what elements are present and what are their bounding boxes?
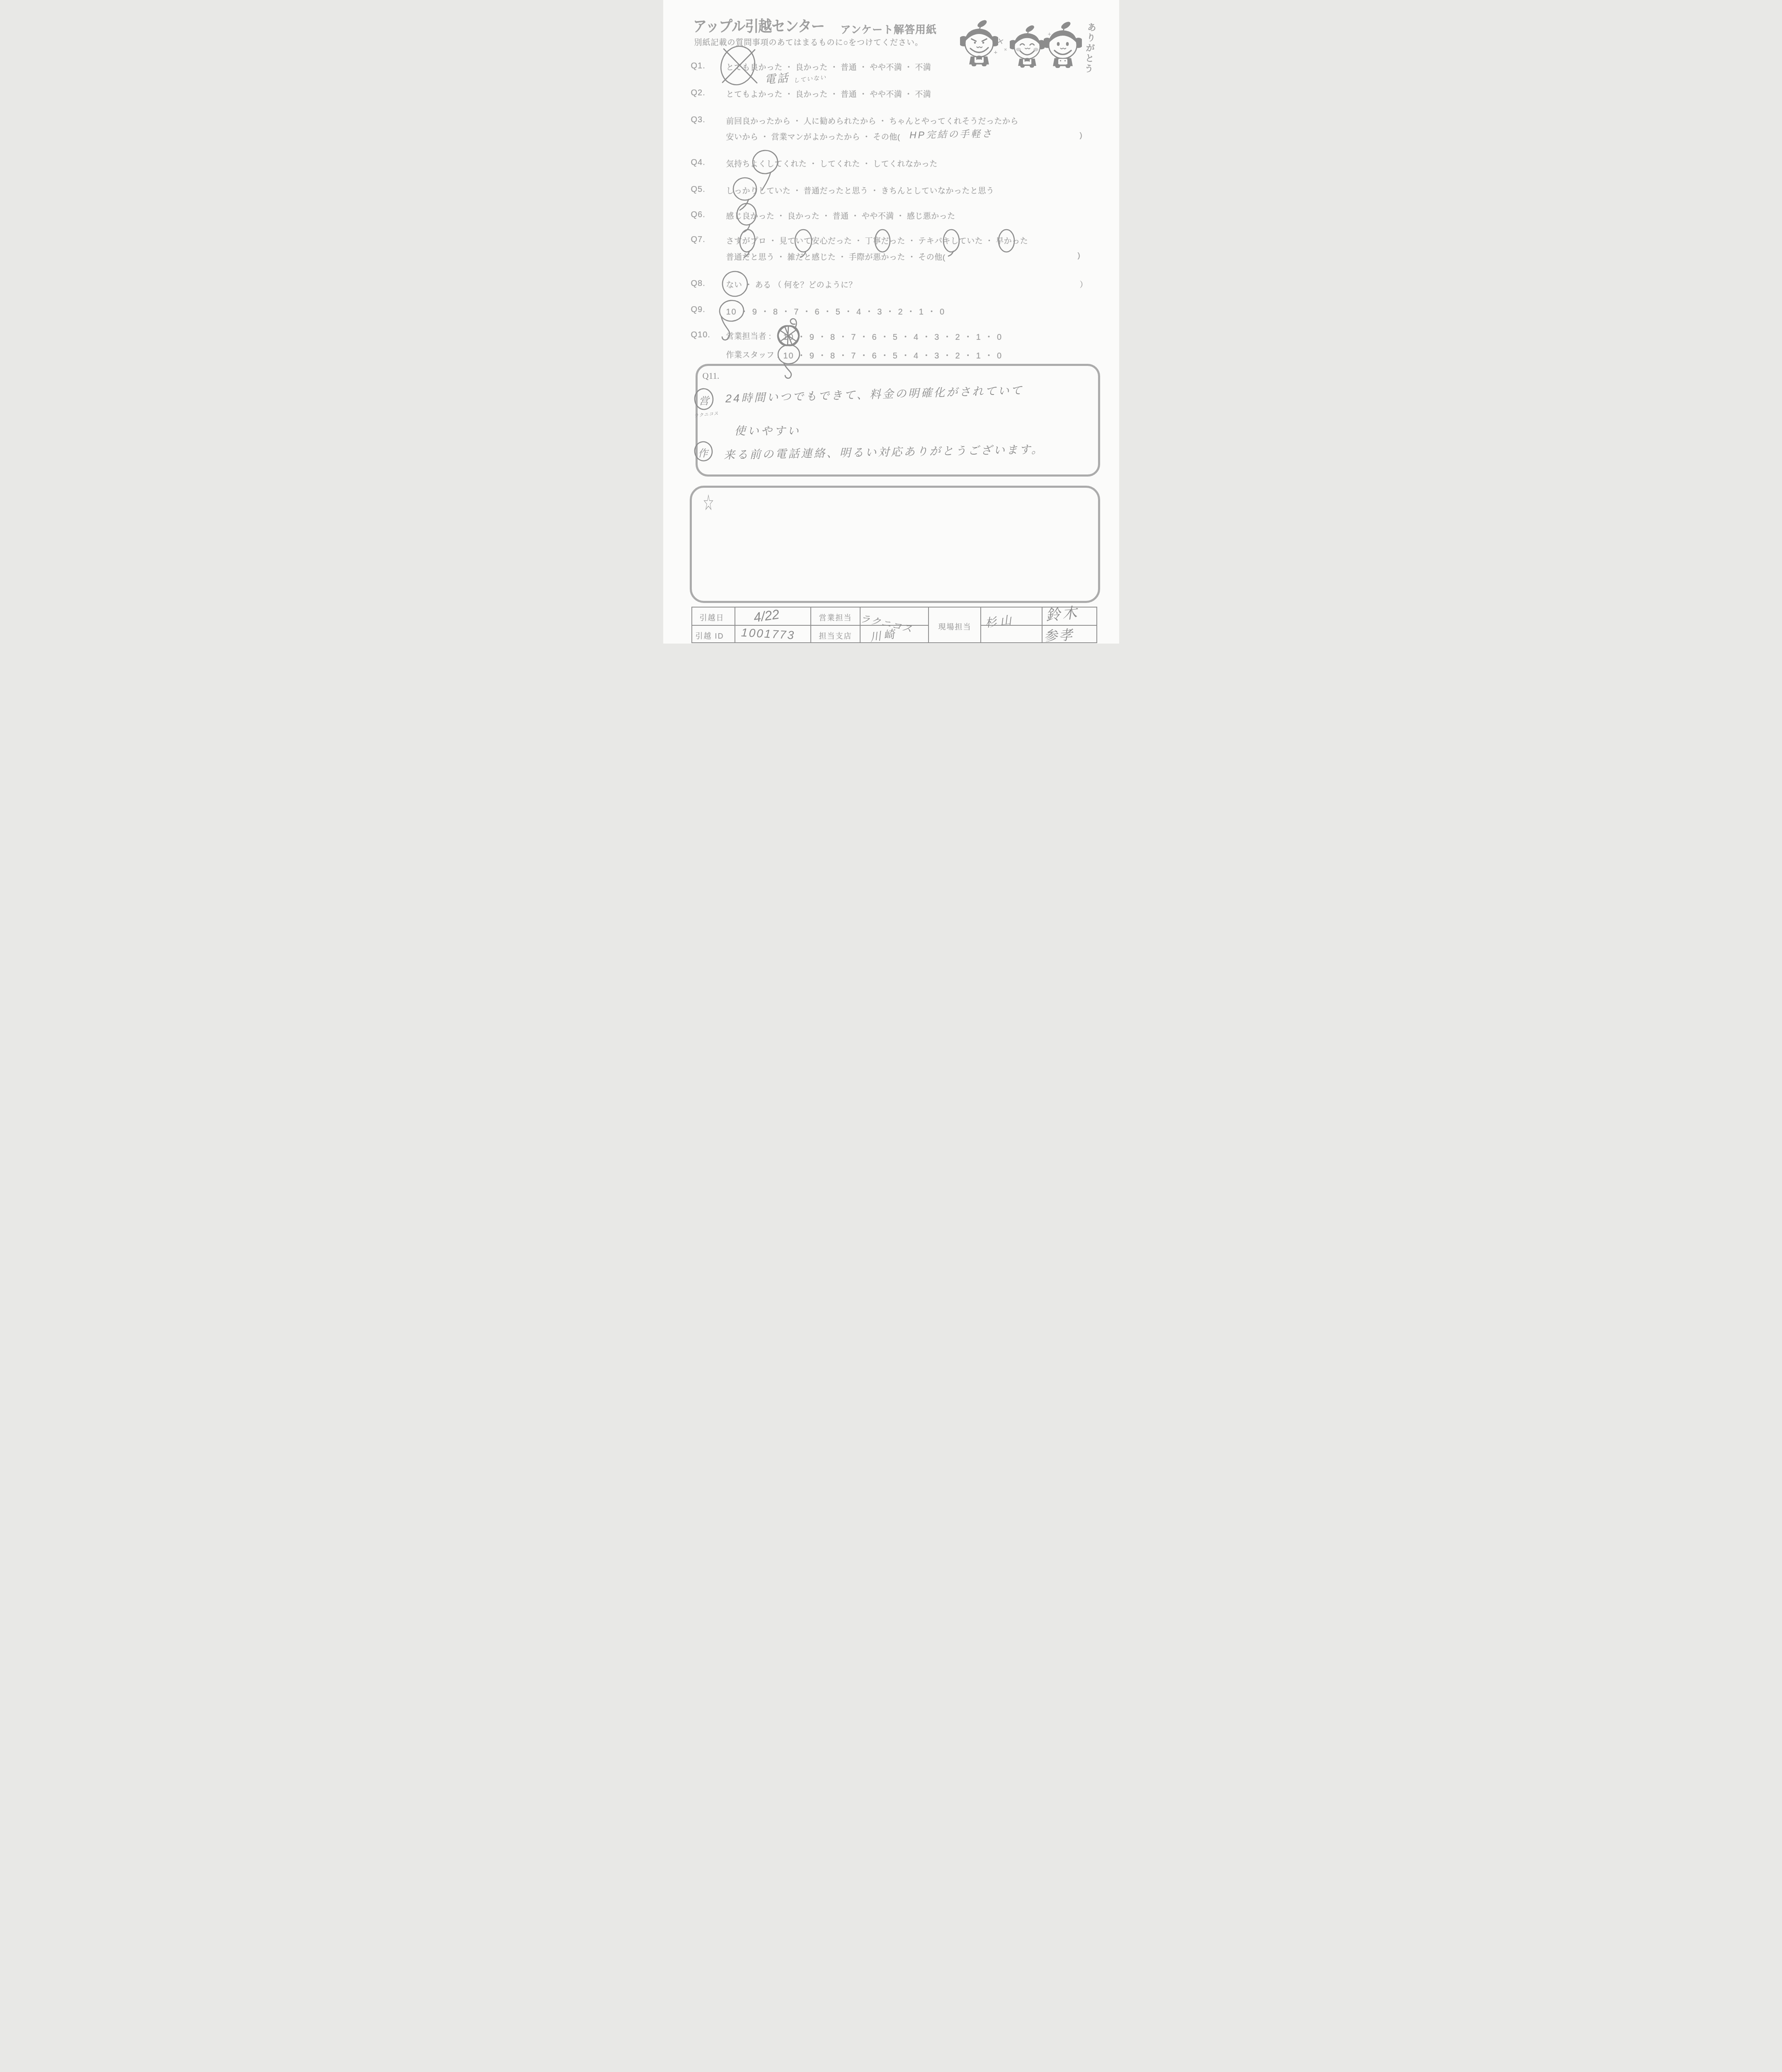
q8-number: Q8. — [691, 279, 706, 288]
crew2-handwritten: 鈴木 — [1044, 601, 1079, 625]
q3-other-handwritten: HP完結の手軽さ — [909, 126, 993, 141]
crew1-handwritten: 杉山 — [984, 611, 1015, 631]
q1-number: Q1. — [691, 61, 706, 71]
q7-options-line1: さすがプロ ・ 見ていて安心だった ・ 丁寧だった ・ テキパキしていた ・ 早… — [726, 235, 1028, 246]
site-crew-label: 現場担当 — [938, 621, 972, 632]
question-q10-row1: Q10. 営業担当者 : 10 ・ 9 ・ 8 ・ 7 ・ 6 ・ 5 ・ 4 … — [663, 330, 1119, 341]
q10-staff-scale: 10 ・ 9 ・ 8 ・ 7 ・ 6 ・ 5 ・ 4 ・ 3 ・ 2 ・ 1 ・… — [783, 349, 1003, 361]
q1-handwritten-note-sub: していない — [793, 73, 827, 85]
q6-options: 感じ良かった ・ 良かった ・ 普通 ・ やや不満 ・ 感じ悪かった — [726, 210, 955, 221]
q2-number: Q2. — [691, 88, 706, 98]
monkey-mascot-icon — [960, 20, 998, 66]
table-line — [928, 608, 929, 642]
question-q3: Q3. 前回良かったから ・ 人に勧められたから ・ ちゃんとやってくれそうだっ… — [663, 115, 1119, 126]
star-comment-box — [690, 486, 1100, 603]
move-date-label: 引越日 — [700, 612, 725, 623]
sparkle-icon: + — [994, 49, 998, 56]
survey-sheet: アップル引越センター アンケート解答用紙 別紙記載の質問事項のあてはまるものに○… — [663, 0, 1119, 644]
q11-mark-sales: 営 — [699, 393, 709, 408]
q2-options: とてもよかった ・ 良かった ・ 普通 ・ やや不満 ・ 不満 — [726, 88, 931, 99]
question-q2: Q2. とてもよかった ・ 良かった ・ 普通 ・ やや不満 ・ 不満 — [663, 88, 1119, 99]
sparkle-icon: × — [1003, 46, 1007, 53]
q5-number: Q5. — [691, 185, 706, 194]
q3-close-paren: ) — [1080, 131, 1082, 140]
question-q10-row2: 作業スタッフ : 10 ・ 9 ・ 8 ・ 7 ・ 6 ・ 5 ・ 4 ・ 3 … — [663, 349, 1119, 360]
q3-number: Q3. — [691, 115, 706, 125]
q4-options: 気持ちよくしてくれた ・ してくれた ・ してくれなかった — [726, 158, 938, 169]
q1-options: とても良かった ・ 良かった ・ 普通 ・ やや不満 ・ 不満 — [726, 61, 931, 73]
q10-staff-label: 作業スタッフ : — [726, 349, 780, 360]
q5-options: しっかりしていた ・ 普通だったと思う ・ きちんとしていなかったと思う — [726, 185, 994, 196]
q3-other-label: その他( — [873, 133, 900, 142]
star-icon: ☆ — [703, 491, 714, 505]
q10-sales-label: 営業担当者 : — [726, 330, 771, 341]
crew3-handwritten: 参孝 — [1043, 624, 1074, 644]
instruction-text: 別紙記載の質問事項のあてはまるものに○をつけてください。 — [694, 36, 923, 48]
question-q5: Q5. しっかりしていた ・ 普通だったと思う ・ きちんとしていなかったと思う — [663, 185, 1119, 196]
move-id-handwritten: 1001773 — [741, 626, 795, 642]
brand-title: アップル引越センター — [693, 15, 824, 36]
q7-number: Q7. — [691, 235, 706, 244]
q8-prompt: （ 何を？どのように？ — [773, 281, 857, 290]
question-q3-line2: 安いから ・ 営業マンがよかったから ・ その他( ) — [663, 131, 1119, 142]
q11-handwritten-line2: 使いやすい — [735, 422, 801, 438]
q7-other-label: その他( — [918, 253, 945, 262]
q6-number: Q6. — [691, 210, 706, 220]
q3-options-line1: 前回良かったから ・ 人に勧められたから ・ ちゃんとやってくれそうだったから — [726, 115, 1019, 126]
q3-options-line2: 安いから ・ 営業マンがよかったから ・ その他( — [726, 131, 900, 142]
q11-number: Q11. — [703, 371, 720, 381]
question-q7: Q7. さすがプロ ・ 見ていて安心だった ・ 丁寧だった ・ テキパキしていた… — [663, 235, 1119, 246]
question-q1: Q1. とても良かった ・ 良かった ・ 普通 ・ やや不満 ・ 不満 — [663, 61, 1119, 72]
move-id-label: 引越 ID — [696, 630, 724, 641]
q9-number: Q9. — [691, 305, 706, 315]
q7-options-line2: 普通だと思う ・ 雑だと感じた ・ 手際が悪かった ・ その他( — [726, 251, 946, 262]
q4-circle-mark — [752, 149, 779, 190]
q9-scale: 10 ・ 9 ・ 8 ・ 7 ・ 6 ・ 5 ・ 4 ・ 3 ・ 2 ・ 1 ・… — [726, 305, 946, 317]
q10-number: Q10. — [691, 330, 710, 340]
q8-close-paren: ） — [1080, 279, 1088, 290]
question-q4: Q4. 気持ちよくしてくれた ・ してくれた ・ してくれなかった — [663, 158, 1119, 169]
question-q6: Q6. 感じ良かった ・ 良かった ・ 普通 ・ やや不満 ・ 感じ悪かった — [663, 210, 1119, 221]
q7-close-paren: ) — [1078, 251, 1080, 260]
q8-options: ない ・ ある （ 何を？どのように？ — [726, 279, 857, 290]
branch-label: 担当支店 — [819, 630, 852, 641]
form-title: アンケート解答用紙 — [841, 22, 937, 36]
question-q9: Q9. 10 ・ 9 ・ 8 ・ 7 ・ 6 ・ 5 ・ 4 ・ 3 ・ 2 ・… — [663, 305, 1119, 316]
q4-number: Q4. — [691, 158, 706, 167]
q1-handwritten-note: 電話 — [764, 69, 790, 87]
branch-handwritten: 川崎 — [868, 625, 898, 644]
question-q7-line2: 普通だと思う ・ 雑だと感じた ・ 手際が悪かった ・ その他( ) — [663, 251, 1119, 262]
question-q8: Q8. ない ・ ある （ 何を？どのように？ ） — [663, 279, 1119, 290]
sales-label: 営業担当 — [819, 612, 852, 623]
q10-sales-scale: 10 ・ 9 ・ 8 ・ 7 ・ 6 ・ 5 ・ 4 ・ 3 ・ 2 ・ 1 ・… — [783, 330, 1003, 342]
move-date-handwritten: 4/22 — [752, 607, 780, 625]
footer-table: 引越日 引越 ID 営業担当 担当支店 現場担当 4/22 ラクニコス 杉山 鈴… — [691, 607, 1097, 643]
q11-mark-staff: 作 — [698, 445, 708, 460]
